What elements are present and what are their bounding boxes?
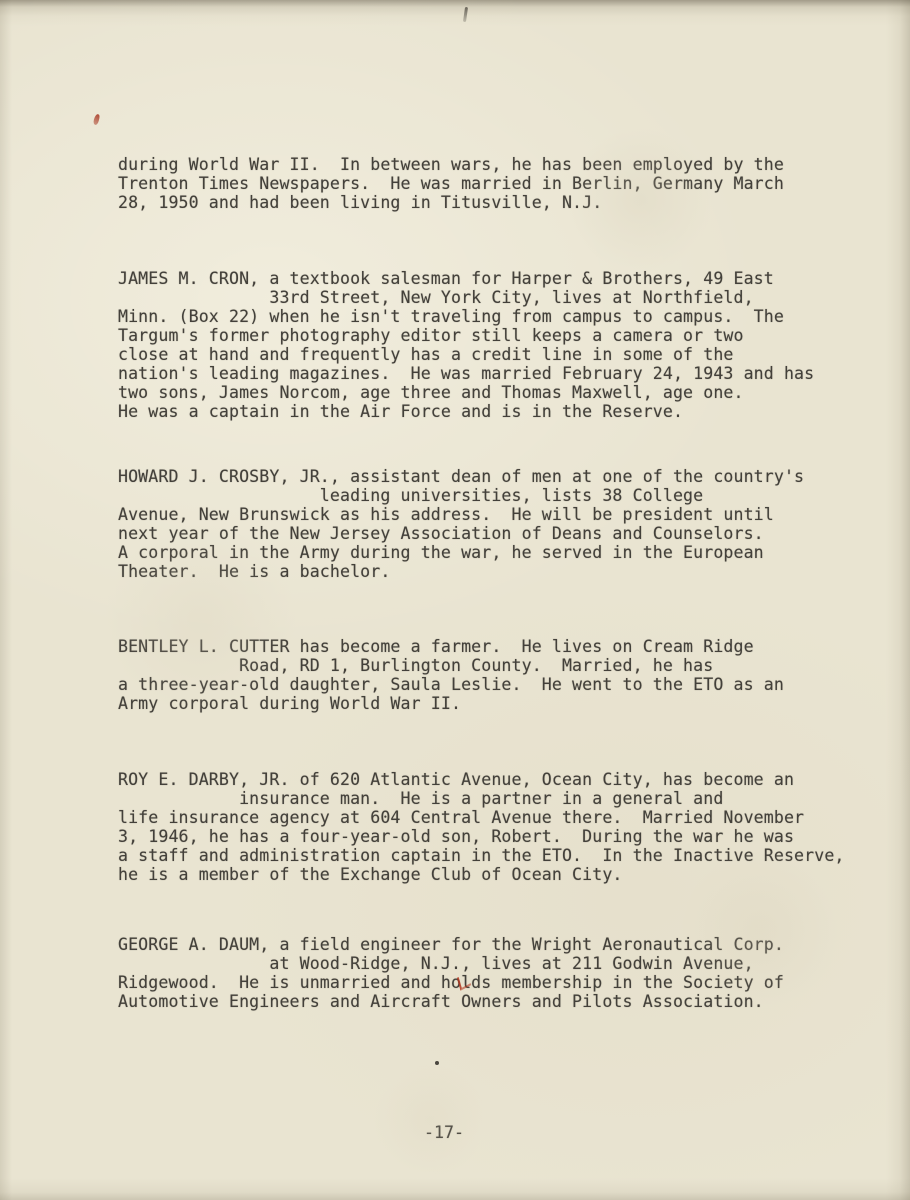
paragraph-george-daum: GEORGE A. DAUM, a field engineer for the…: [118, 935, 784, 1011]
paragraph-james-cron: JAMES M. CRON, a textbook salesman for H…: [118, 269, 814, 421]
page-number: -17-: [424, 1123, 464, 1142]
paragraph-intro-continuation: during World War II. In between wars, he…: [118, 155, 784, 212]
paragraph-roy-darby: ROY E. DARBY, JR. of 620 Atlantic Avenue…: [118, 770, 845, 884]
document-page: during World War II. In between wars, he…: [0, 0, 910, 1200]
ink-speck-icon: [463, 7, 468, 22]
red-ink-fleck-icon: [93, 114, 101, 126]
ink-dot-icon: [435, 1061, 439, 1065]
paragraph-howard-crosby: HOWARD J. CROSBY, JR., assistant dean of…: [118, 467, 804, 581]
paragraph-bentley-cutter: BENTLEY L. CUTTER has become a farmer. H…: [118, 637, 784, 713]
